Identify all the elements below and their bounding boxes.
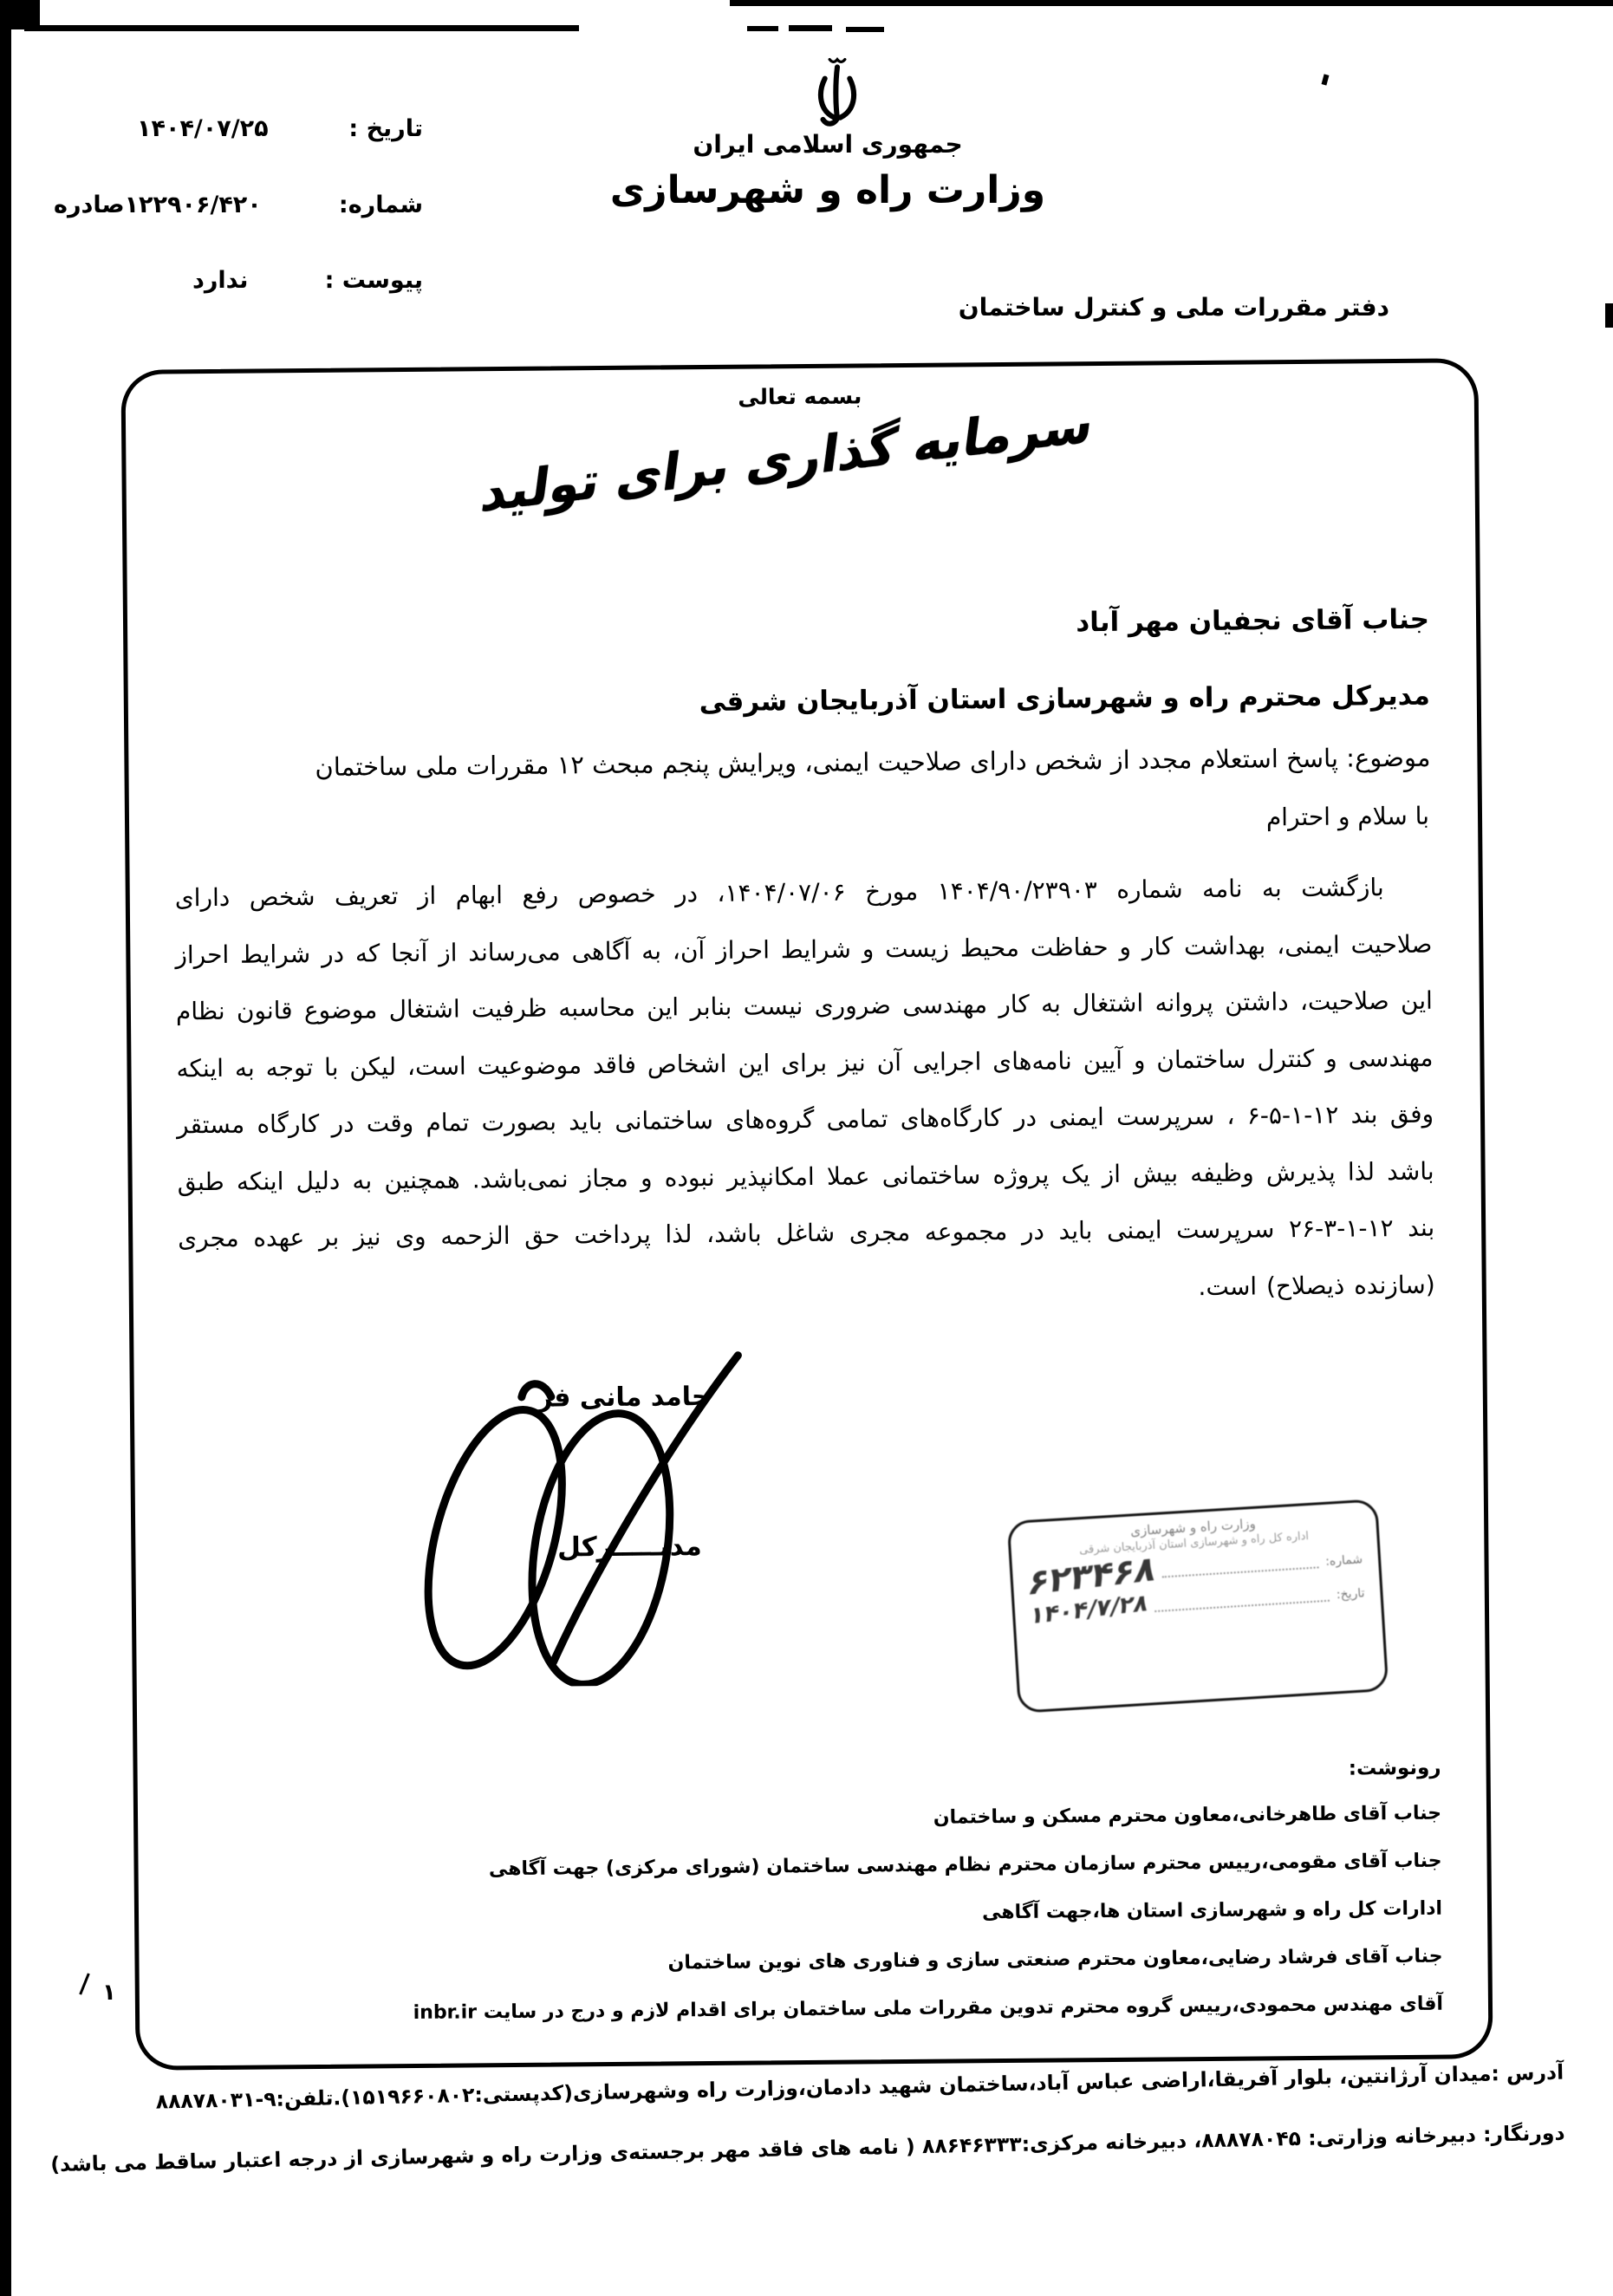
- scan-stray-mark: [79, 1973, 90, 1994]
- body-line: (سازنده ذیصلاح) است.: [179, 1256, 1436, 1324]
- addressee-name: جناب آقای نجفیان مهر آباد: [1076, 604, 1429, 639]
- body-line: بازگشت به نامه شماره ۱۴۰۴/۹۰/۲۳۹۰۳ مورخ …: [175, 859, 1433, 927]
- bismillah-line: بسمه تعالی: [126, 378, 1474, 415]
- cc-section: رونوشت: جناب آقای طاهرخانی،معاون محترم م…: [232, 1746, 1443, 2039]
- number-field: شماره: ۱۲۲۹۰۶/۴۲۰صادره: [54, 192, 423, 218]
- secretariat-stamp: وزارت راه و شهرسازی اداره کل راه و شهرسا…: [1007, 1499, 1389, 1714]
- scan-dash: [747, 26, 778, 31]
- date-field: تاریخ : ۱۴۰۴/۰۷/۲۵: [137, 115, 423, 142]
- stamp-number-label: شماره:: [1325, 1552, 1363, 1569]
- scan-dash: [846, 27, 884, 32]
- scan-speck: [1322, 74, 1330, 85]
- body-line: وفق بند ۱۲-۱-۵-۶ ، سرپرست ایمنی در کارگا…: [177, 1086, 1434, 1154]
- footer-fax-line: دورنگار: دبیرخانه وزارتی: ۸۸۸۷۸۰۴۵، دبیر…: [27, 2117, 1565, 2182]
- scan-dash: [789, 25, 832, 31]
- stamp-dotted-leader: [1154, 1589, 1330, 1611]
- date-value: ۱۴۰۴/۰۷/۲۵: [137, 115, 269, 142]
- ministry-title: وزارت راه و شهرسازی: [546, 168, 1109, 212]
- attachment-label: پیوست :: [325, 267, 423, 294]
- scan-top-line: [24, 25, 579, 31]
- number-value: ۱۲۲۹۰۶/۴۲۰صادره: [54, 192, 262, 218]
- subject-line: موضوع: پاسخ استعلام مجدد از شخص دارای صل…: [315, 743, 1430, 782]
- iran-allah-emblem-icon: [806, 54, 868, 130]
- scan-right-tick: [1605, 303, 1613, 328]
- date-label: تاریخ :: [348, 115, 423, 142]
- attachment-field: پیوست : ندارد: [192, 267, 423, 294]
- addressee-title: مدیرکل محترم راه و شهرسازی استان آذربایج…: [699, 680, 1430, 718]
- scanned-letter-page: تاریخ : ۱۴۰۴/۰۷/۲۵ شماره: ۱۲۲۹۰۶/۴۲۰صادر…: [0, 0, 1613, 2296]
- year-slogan-calligraphy: سرمایه گذاری برای تولید: [126, 424, 1449, 494]
- scan-top-edge-bar: [730, 0, 1613, 6]
- letter-footer: آدرس :میدان آرژانتین، بلوار آفریقا،اراضی…: [25, 2055, 1578, 2181]
- stamp-dotted-leader: [1162, 1556, 1319, 1577]
- attachment-value: ندارد: [192, 267, 248, 294]
- stamp-date-label: تاریخ:: [1336, 1586, 1364, 1602]
- country-title: جمهوری اسلامی ایران: [654, 130, 1001, 159]
- signature-scribble: [328, 1346, 799, 1688]
- number-label: شماره:: [339, 192, 423, 218]
- page-number: ۱: [102, 1980, 116, 2006]
- scan-left-edge-bar: [0, 0, 11, 2296]
- body-line: بند ۱۲-۱-۳-۲۶ سرپرست ایمنی باید در مجموع…: [178, 1200, 1435, 1267]
- letter-frame: بسمه تعالی سرمایه گذاری برای تولید جناب …: [120, 358, 1493, 2071]
- salutation-line: با سلام و احترام: [1266, 802, 1429, 832]
- letter-body: بازگشت به نامه شماره ۱۴۰۴/۹۰/۲۳۹۰۳ مورخ …: [175, 859, 1436, 1324]
- body-line: این صلاحیت، داشتن پروانه اشتغال به کار م…: [176, 972, 1434, 1040]
- office-title: دفتر مقررات ملی و کنترل ساختمان: [959, 293, 1389, 322]
- cc-item: آقای مهندس محمودی،رییس گروه محترم تدوین …: [235, 1981, 1443, 2039]
